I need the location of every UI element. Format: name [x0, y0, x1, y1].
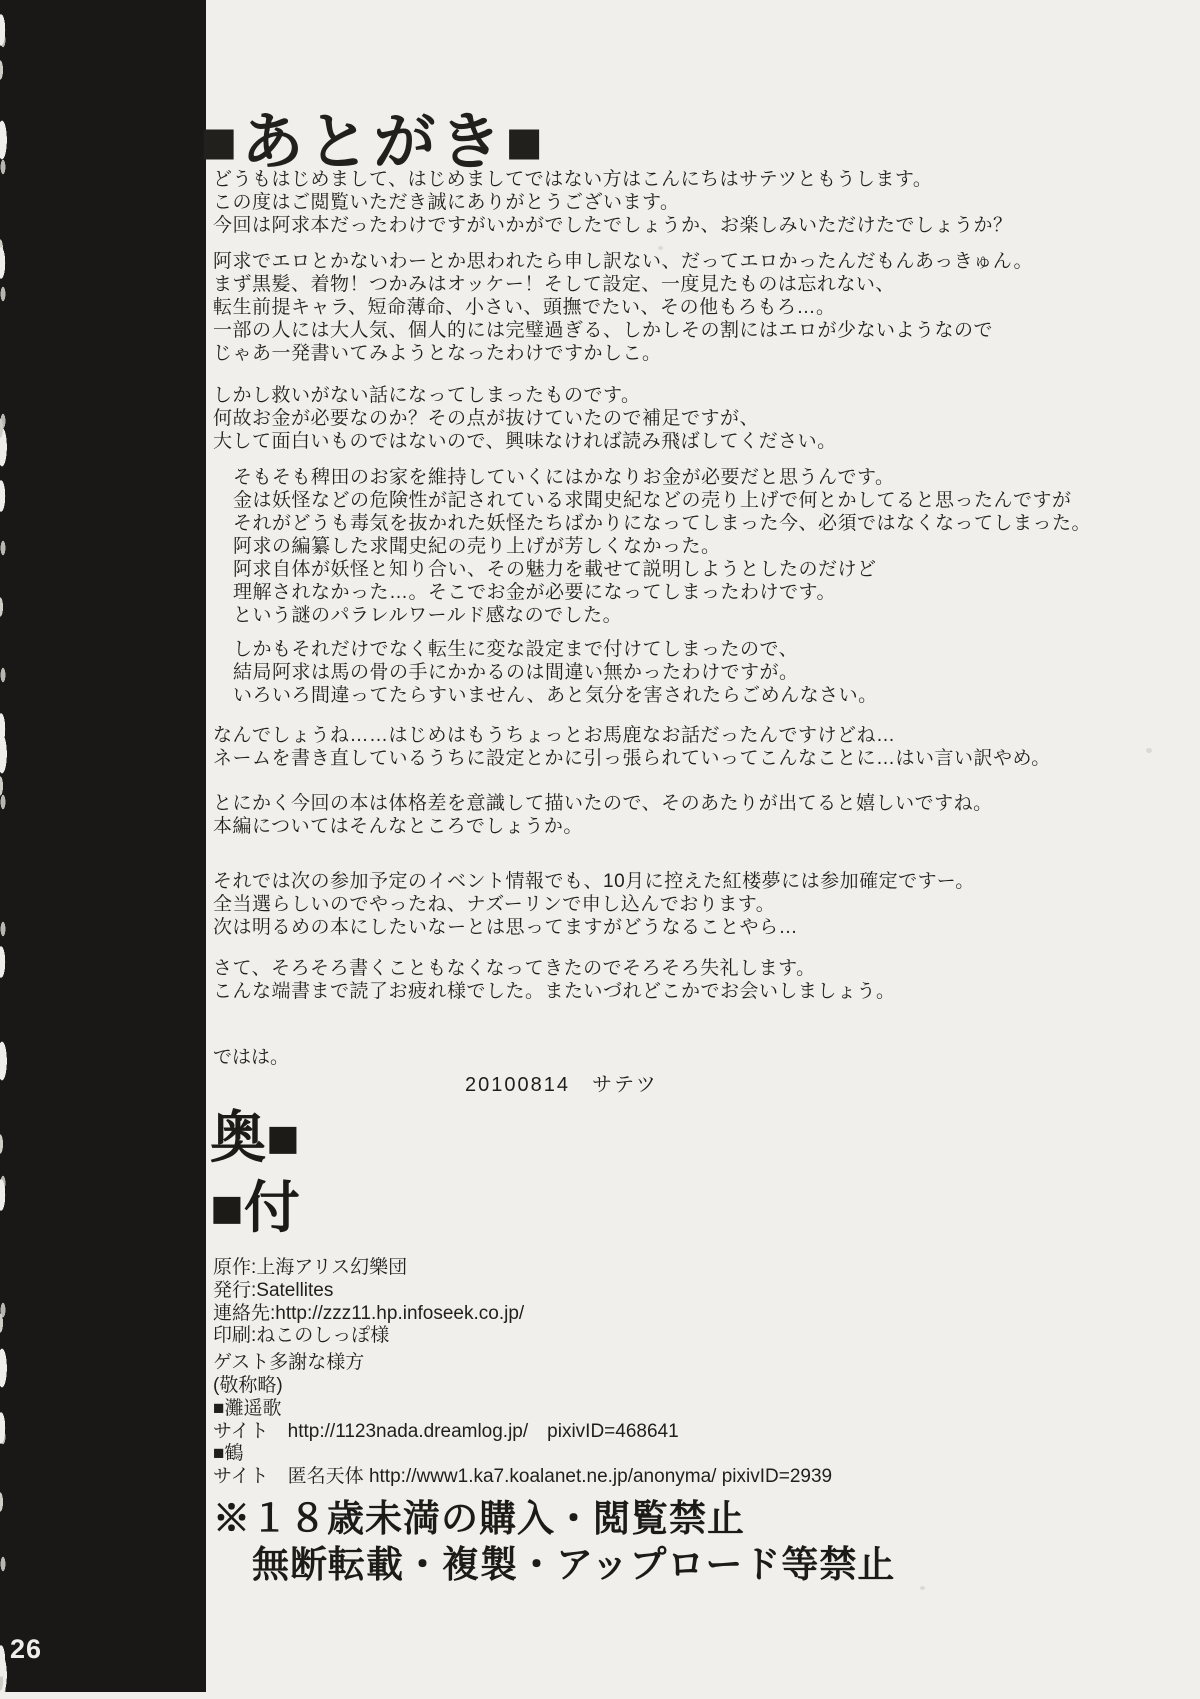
- text-line: 本編についてはそんなところでしょうか。: [213, 815, 993, 838]
- afterword-paragraph: なんでしょうね……はじめはもうちょっとお馬鹿なお話だったんですけどね… ネームを…: [213, 724, 1051, 770]
- text-line: どうもはじめまして、はじめましてではない方はこんにちはサテツともうします。: [213, 168, 1013, 191]
- afterword-paragraph: どうもはじめまして、はじめましてではない方はこんにちはサテツともうします。 この…: [213, 168, 1013, 237]
- text-line: 転生前提キャラ、短命薄命、小さい、頭撫でたい、その他もろもろ…。: [213, 296, 1033, 319]
- text-line: それでは次の参加予定のイベント情報でも、10月に控えた紅楼夢には参加確定ですー。: [213, 870, 975, 893]
- colophon-title-line1: 奥■: [210, 1108, 300, 1168]
- text-line: 阿求の編纂した求聞史紀の売り上げが芳しくなかった。: [233, 535, 1091, 558]
- afterword-paragraph: しかもそれだけでなく転生に変な設定まで付けてしまったので、 結局阿求は馬の骨の手…: [233, 638, 878, 707]
- afterword-paragraph: しかし救いがない話になってしまったものです。 何故お金が必要なのか？その点が抜け…: [213, 384, 837, 453]
- credit-contact-url: 連絡先:http://zzz11.hp.infoseek.co.jp/: [213, 1303, 832, 1326]
- text-line: そもそも稗田のお家を維持していくにはかなりお金が必要だと思うんです。: [233, 466, 1091, 489]
- text-line: この度はご閲覧いただき誠にありがとうございます。: [213, 191, 1013, 214]
- afterword-paragraph: さて、そろそろ書くこともなくなってきたのでそろそろ失礼します。 こんな端書まで読…: [213, 957, 896, 1003]
- text-line: 阿求でエロとかないわーとか思われたら申し訳ない、だってエロかったんだもんあっきゅ…: [213, 250, 1033, 273]
- scan-speckle: [920, 1586, 925, 1590]
- text-line: こんな端書まで読了お疲れ様でした。またいづれどこかでお会いしましょう。: [213, 980, 896, 1003]
- text-line: という謎のパラレルワールド感なのでした。: [233, 604, 1091, 627]
- scan-speckle: [658, 246, 663, 250]
- credit-publisher: 発行:Satellites: [213, 1280, 832, 1303]
- text-line: ネームを書き直しているうちに設定とかに引っ張られていってこんなことに…はい言い訳…: [213, 747, 1051, 770]
- credit-original: 原作:上海アリス幻樂団: [213, 1257, 832, 1280]
- text-line: しかし救いがない話になってしまったものです。: [213, 384, 837, 407]
- text-line: 金は妖怪などの危険性が記されている求聞史紀などの売り上げで何とかしてると思ったん…: [233, 489, 1091, 512]
- afterword-paragraph: 阿求でエロとかないわーとか思われたら申し訳ない、だってエロかったんだもんあっきゅ…: [213, 250, 1033, 365]
- text-line: それがどうも毒気を抜かれた妖怪たちばかりになってしまった今、必須ではなくなってし…: [233, 512, 1091, 535]
- afterword-paragraph: とにかく今回の本は体格差を意識して描いたので、そのあたりが出てると嬉しいですね。…: [213, 792, 993, 838]
- text-line: 全当選らしいのでやったね、ナズーリンで申し込んでおります。: [213, 893, 975, 916]
- text-line: まず黒髪、着物！つかみはオッケー！そして設定、一度見たものは忘れない、: [213, 273, 1033, 296]
- date-signature: 20100814 サテツ: [465, 1068, 658, 1097]
- guest-name: ■鶴: [213, 1443, 832, 1466]
- afterword-paragraph: そもそも稗田のお家を維持していくにはかなりお金が必要だと思うんです。 金は妖怪な…: [233, 466, 1091, 627]
- text-line: 阿求自体が妖怪と知り合い、その魅力を載せて説明しようとしたのだけど: [233, 558, 1091, 581]
- scan-speckle: [1146, 748, 1152, 753]
- text-line: 次は明るめの本にしたいなーとは思ってますがどうなることやら…: [213, 916, 975, 939]
- scanned-afterword-page: 26 ■あとがき■ どうもはじめまして、はじめましてではない方はこんにちはサテツ…: [0, 0, 1200, 1699]
- guest-site: サイト http://1123nada.dreamlog.jp/ pixivID…: [213, 1421, 832, 1444]
- afterword-paragraph: それでは次の参加予定のイベント情報でも、10月に控えた紅楼夢には参加確定ですー。…: [213, 870, 975, 939]
- colophon-credits: 原作:上海アリス幻樂団 発行:Satellites 連絡先:http://zzz…: [213, 1257, 832, 1489]
- text-line: 今回は阿求本だったわけですがいかがでしたでしょうか、お楽しみいただけたでしょうか…: [213, 214, 1013, 237]
- guest-site: サイト 匿名天体 http://www1.ka7.koalanet.ne.jp/…: [213, 1466, 832, 1489]
- text-line: しかもそれだけでなく転生に変な設定まで付けてしまったので、: [233, 638, 878, 661]
- text-line: じゃあ一発書いてみようとなったわけですかしこ。: [213, 342, 1033, 365]
- text-line: 大して面白いものではないので、興味なければ読み飛ばしてください。: [213, 430, 837, 453]
- page-number: 26: [10, 1634, 42, 1665]
- copy-warning-line: 無断転載・複製・アップロード等禁止: [252, 1534, 895, 1588]
- text-line: なんでしょうね……はじめはもうちょっとお馬鹿なお話だったんですけどね…: [213, 724, 1051, 747]
- colophon-title-line2: ■付: [210, 1178, 300, 1238]
- text-line: 結局阿求は馬の骨の手にかかるのは間違い無かったわけですが。: [233, 661, 878, 684]
- text-line: 一部の人には大人気、個人的には完璧過ぎる、しかしその割にはエロが少ないようなので: [213, 319, 1033, 342]
- closing-remark: ではは。: [213, 1042, 289, 1069]
- text-line: さて、そろそろ書くこともなくなってきたのでそろそろ失礼します。: [213, 957, 896, 980]
- guests-note: (敬称略): [213, 1375, 832, 1398]
- guest-name: ■灘遥歌: [213, 1398, 832, 1421]
- text-line: 何故お金が必要なのか？その点が抜けていたので補足ですが、: [213, 407, 837, 430]
- text-line: いろいろ間違ってたらすいません、あと気分を害されたらごめんなさい。: [233, 684, 878, 707]
- text-line: とにかく今回の本は体格差を意識して描いたので、そのあたりが出てると嬉しいですね。: [213, 792, 993, 815]
- guests-header: ゲスト多謝な様方: [213, 1352, 832, 1375]
- text-line: 理解されなかった…。そこでお金が必要になってしまったわけです。: [233, 581, 1091, 604]
- left-black-scan-band: [0, 0, 206, 1692]
- credit-printer: 印刷:ねこのしっぽ様: [213, 1325, 832, 1348]
